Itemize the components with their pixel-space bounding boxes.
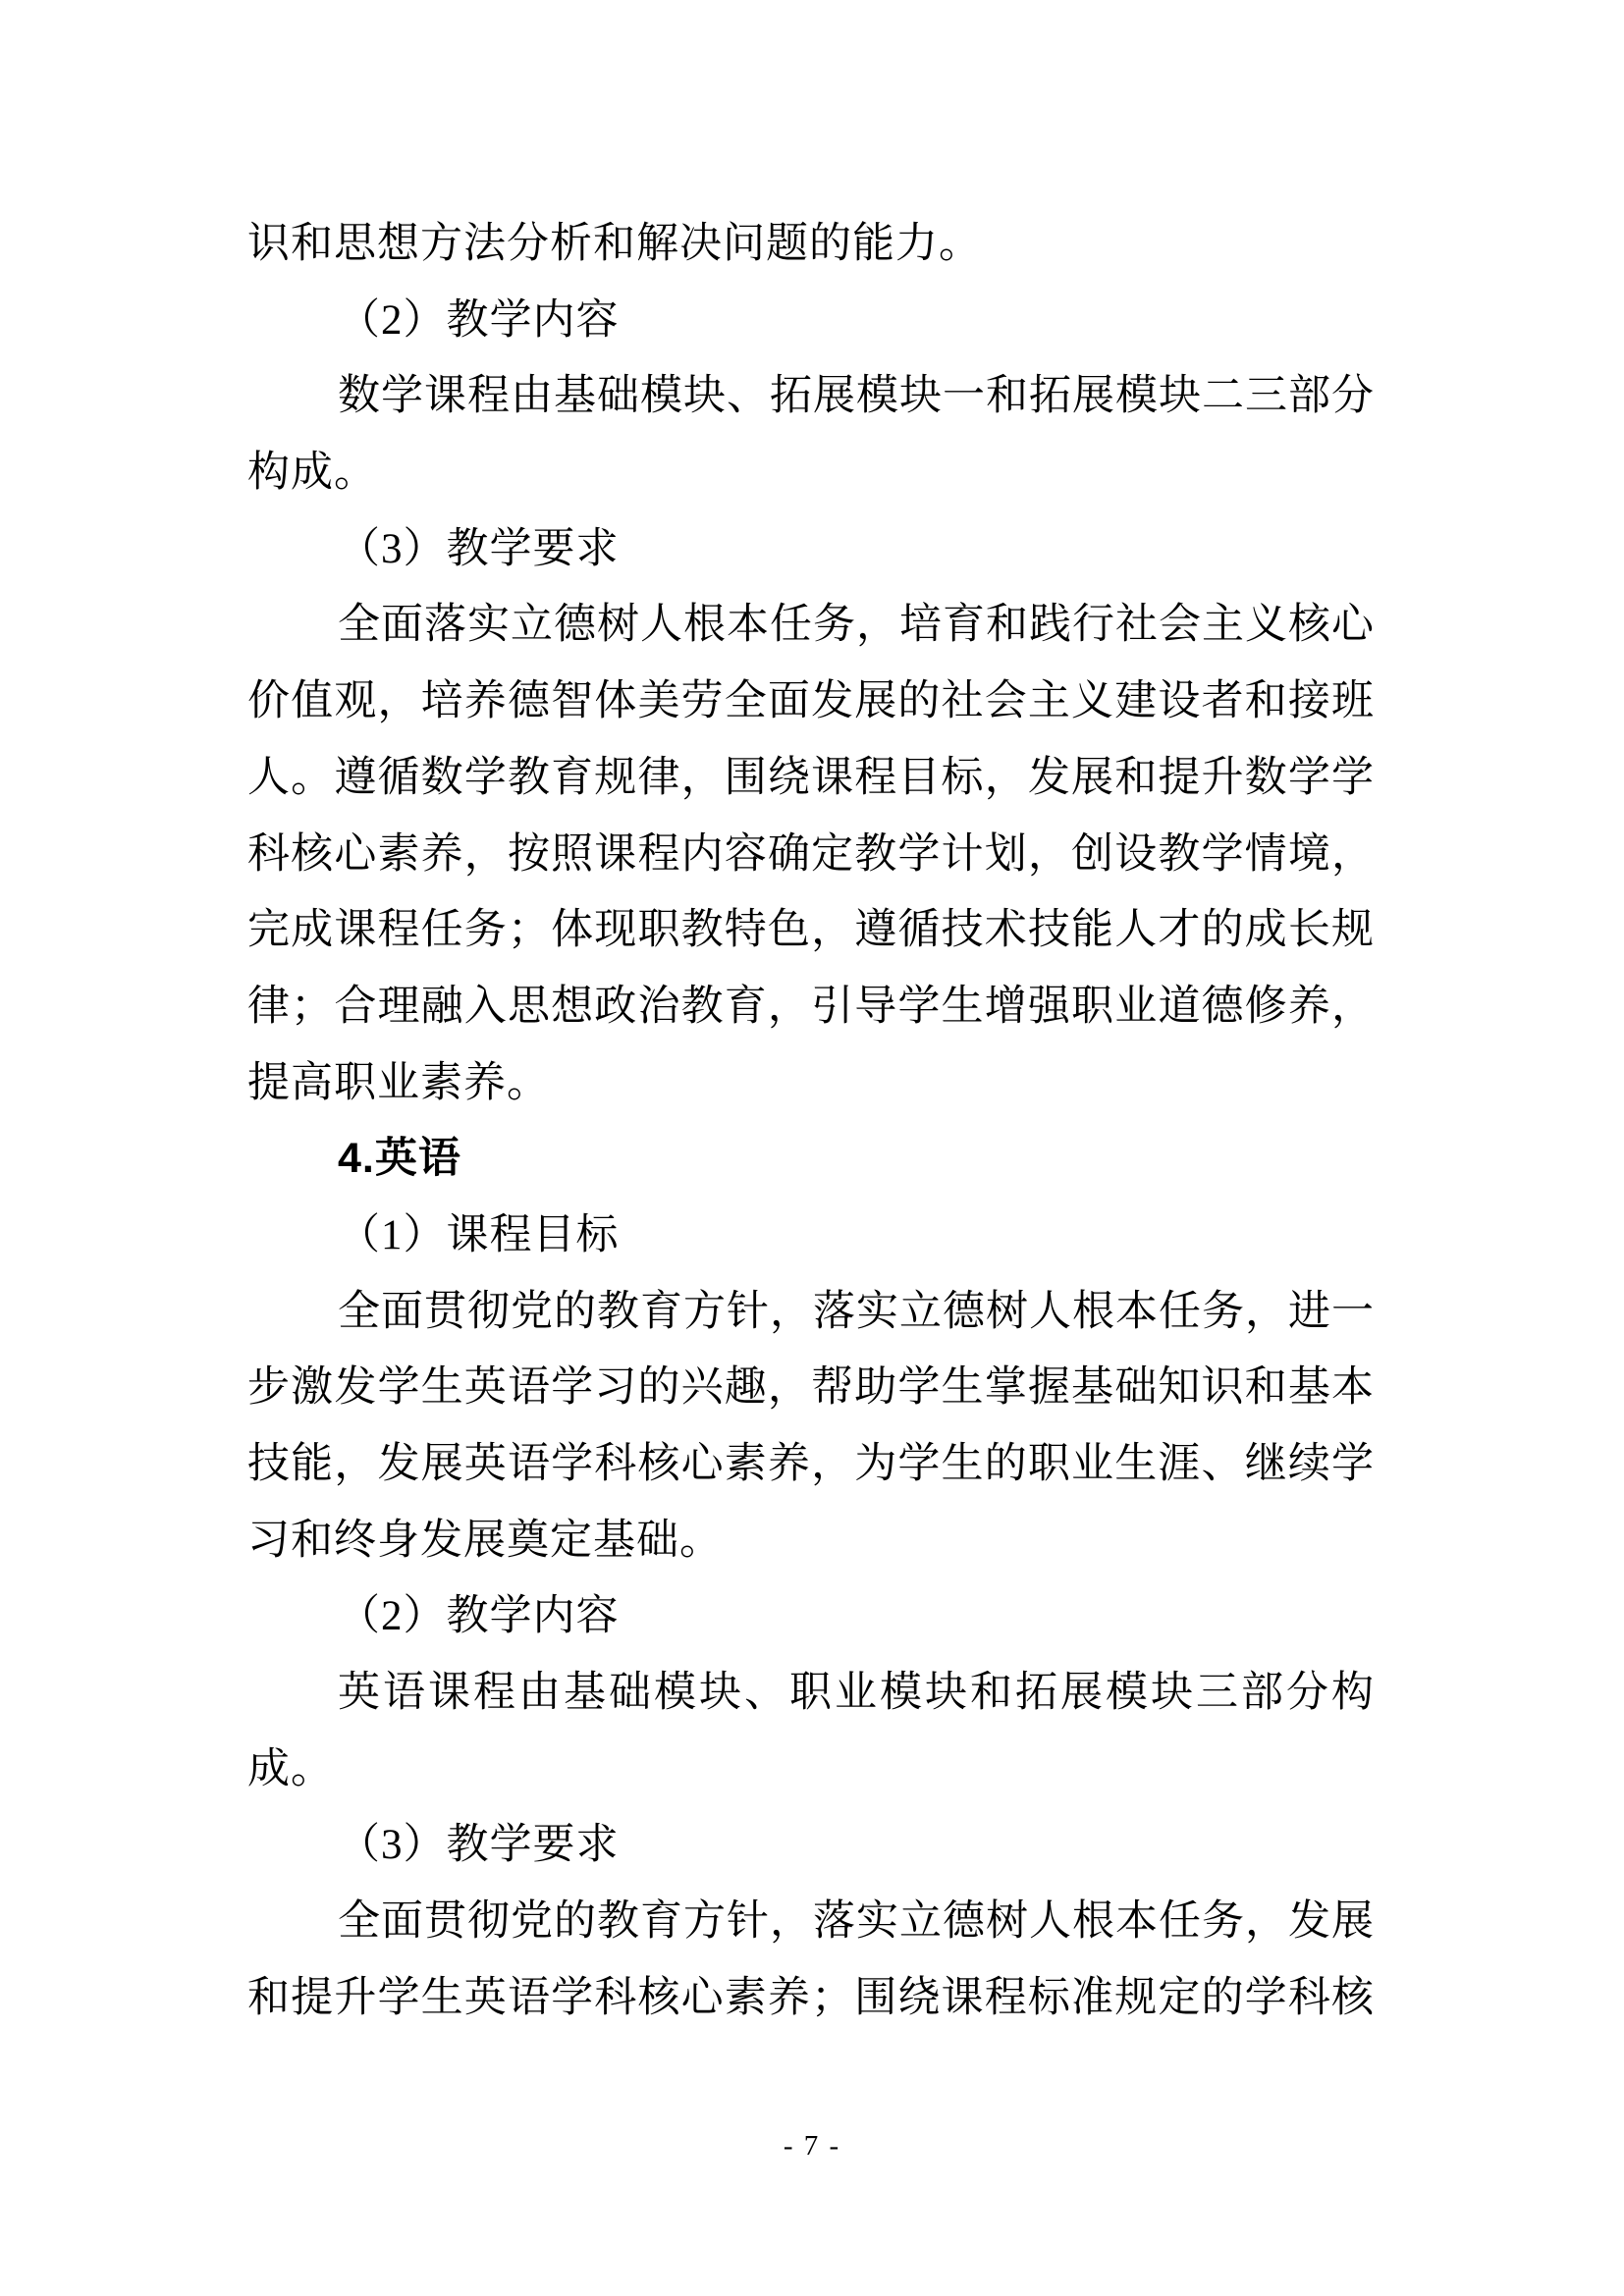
text-line: 价值观，培养德智体美劳全面发展的社会主义建设者和接班 — [247, 664, 1375, 740]
page-number: - 7 - — [0, 2126, 1624, 2165]
section-heading-line: 4.英语 — [247, 1121, 1375, 1198]
text-line: 科核心素养，按照课程内容确定教学计划，创设教学情境， — [247, 817, 1375, 893]
text-line: （1）课程目标 — [247, 1198, 1375, 1274]
document-body: 识和思想方法分析和解决问题的能力。（2）教学内容数学课程由基础模块、拓展模块一和… — [247, 206, 1375, 2037]
text-line: 提高职业素养。 — [247, 1045, 1375, 1122]
text-line: （2）教学内容 — [247, 1578, 1375, 1655]
text-line: 和提升学生英语学科核心素养；围绕课程标准规定的学科核 — [247, 1960, 1375, 2037]
text-line: 全面贯彻党的教育方针，落实立德树人根本任务，进一 — [247, 1274, 1375, 1351]
text-line: 全面落实立德树人根本任务，培育和践行社会主义核心 — [247, 587, 1375, 664]
text-line: （2）教学内容 — [247, 283, 1375, 359]
document-page: { "page": { "footer": "- 7 -", "lines": … — [0, 0, 1624, 2296]
text-line: 数学课程由基础模块、拓展模块一和拓展模块二三部分 — [247, 358, 1375, 435]
text-line: 技能，发展英语学科核心素养，为学生的职业生涯、继续学 — [247, 1426, 1375, 1503]
text-line: 识和思想方法分析和解决问题的能力。 — [247, 206, 1375, 283]
text-line: （3）教学要求 — [247, 1807, 1375, 1884]
text-line: 完成课程任务；体现职教特色，遵循技术技能人才的成长规 — [247, 892, 1375, 969]
text-line: （3）教学要求 — [247, 511, 1375, 588]
page-canvas: 识和思想方法分析和解决问题的能力。（2）教学内容数学课程由基础模块、拓展模块一和… — [0, 0, 1624, 2296]
text-line: 律；合理融入思想政治教育，引导学生增强职业道德修养， — [247, 969, 1375, 1045]
text-line: 人。遵循数学教育规律，围绕课程目标，发展和提升数学学 — [247, 740, 1375, 817]
text-line: 成。 — [247, 1732, 1375, 1808]
text-line: 英语课程由基础模块、职业模块和拓展模块三部分构 — [247, 1655, 1375, 1732]
text-line: 全面贯彻党的教育方针，落实立德树人根本任务，发展 — [247, 1884, 1375, 1960]
text-line: 步激发学生英语学习的兴趣，帮助学生掌握基础知识和基本 — [247, 1350, 1375, 1426]
text-line: 习和终身发展奠定基础。 — [247, 1503, 1375, 1579]
text-line: 构成。 — [247, 435, 1375, 511]
